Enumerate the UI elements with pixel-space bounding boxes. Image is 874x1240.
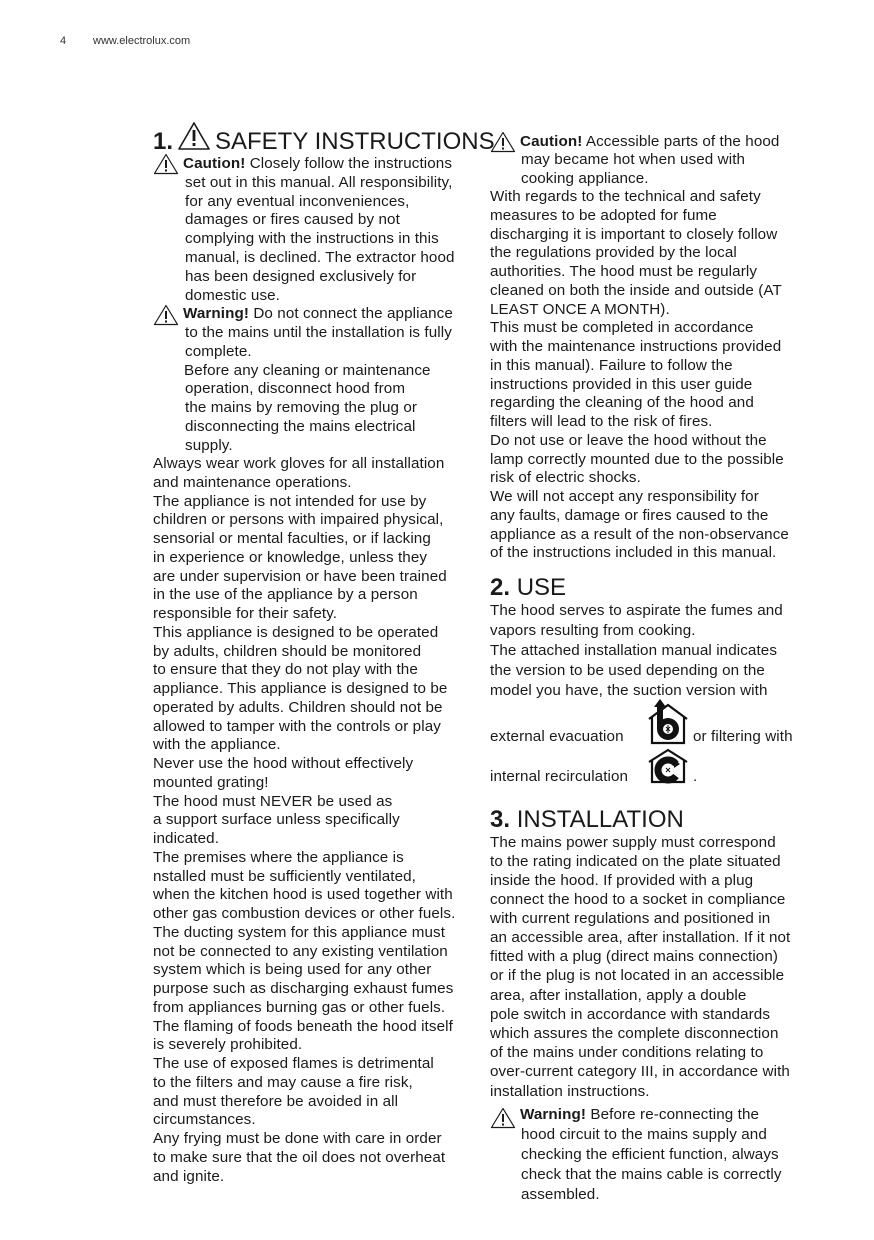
text-line: The mains power supply must correspond [490,833,776,852]
warning-label: Warning! [520,1106,586,1123]
text-line: to the mains until the installation is f… [185,323,452,342]
section-number: 3. [490,806,510,833]
text-line: cooking appliance. [521,169,649,188]
section-number: 2. [490,574,510,601]
text-line: The hood serves to aspirate the fumes an… [490,601,783,620]
filtering-label: or filtering with [693,727,793,746]
text-line: nstalled must be sufficiently ventilated… [153,867,416,886]
text-line: Any frying must be done with care in ord… [153,1129,442,1148]
text-line: installation instructions. [490,1082,650,1101]
text-line: check that the mains cable is correctly [521,1165,782,1184]
text-line: complete. [185,342,252,361]
text-line: responsible for their safety. [153,604,337,623]
text-line: lamp correctly mounted due to the possib… [490,450,784,469]
external-evacuation-label: external evacuation [490,727,624,746]
caution-triangle-icon [153,153,179,175]
warning-block-1: Warning! Do not connect the appliance [183,304,453,323]
text-line: may became hot when used with [521,150,745,169]
text-line: are under supervision or have been train… [153,567,447,586]
text-line: Never use the hood without effectively [153,754,413,773]
text-line: allowed to tamper with the controls or p… [153,717,441,736]
internal-recirculation-label: internal recirculation [490,767,628,786]
text-line: and maintenance operations. [153,473,352,492]
text-line: Do not connect the appliance [249,305,453,322]
header-url: www.electrolux.com [93,35,190,47]
text-line: Closely follow the instructions [245,155,452,172]
text-line: The ducting system for this appliance mu… [153,923,445,942]
text-line: a support surface unless specifically [153,810,400,829]
text-line: the regulations provided by the local [490,243,737,262]
text-line: and ignite. [153,1167,224,1186]
period: . [693,767,697,786]
text-line: checking the efficient function, always [521,1145,779,1164]
text-line: disconnecting the mains electrical [185,417,416,436]
text-line: We will not accept any responsibility fo… [490,487,759,506]
text-line: fitted with a plug (direct mains connect… [490,947,778,966]
text-line: in the use of the appliance by a person [153,585,418,604]
text-line: to the rating indicated on the plate sit… [490,852,781,871]
section-title: SAFETY INSTRUCTIONS [215,128,495,156]
text-line: The premises where the appliance is [153,848,404,867]
text-line: risk of electric shocks. [490,468,641,487]
text-line: vapors resulting from cooking. [490,621,696,640]
text-line: is severely prohibited. [153,1035,302,1054]
section-installation-heading: 3. INSTALLATION [490,806,684,834]
text-line: authorities. The hood must be regularly [490,262,757,281]
internal-recirculation-icon [646,748,690,784]
text-line: damages or fires caused by not [185,210,400,229]
text-line: The use of exposed flames is detrimental [153,1054,434,1073]
page-number: 4 [60,35,66,47]
text-line: to make sure that the oil does not overh… [153,1148,445,1167]
text-line: in this manual). Failure to follow the [490,356,733,375]
section-title: INSTALLATION [517,806,684,833]
text-line: mounted grating! [153,773,269,792]
text-line: Before any cleaning or maintenance [184,361,431,380]
text-line: The hood must NEVER be used as [153,792,392,811]
text-line: supply. [185,436,233,455]
text-line: the version to be used depending on the [490,661,765,680]
text-line: of the instructions included in this man… [490,543,776,562]
text-line: to ensure that they do not play with the [153,660,418,679]
text-line: assembled. [521,1185,600,1204]
text-line: which assures the complete disconnection [490,1024,779,1043]
section-number: 1. [153,128,173,155]
text-line: area, after installation, apply a double [490,986,746,1005]
text-line: operation, disconnect hood from [185,379,405,398]
text-line: This appliance is designed to be operate… [153,623,438,642]
text-line: of the mains under conditions relating t… [490,1043,763,1062]
warning-label: Warning! [183,305,249,322]
text-line: With regards to the technical and safety [490,187,761,206]
text-line: cleaned on both the inside and outside (… [490,281,782,300]
caution-block-1: Caution! Closely follow the instructions [183,154,452,173]
warning-block-installation: Warning! Before re-connecting the [520,1105,759,1124]
caution-label: Caution! [183,155,245,172]
warning-triangle-icon [153,304,179,326]
text-line: indicated. [153,829,219,848]
text-line: circumstances. [153,1110,256,1129]
text-line: model you have, the suction version with [490,681,768,700]
text-line: operated by adults. Children should not … [153,698,443,717]
text-line: regarding the cleaning of the hood and [490,393,754,412]
text-line: connect the hood to a socket in complian… [490,890,785,909]
text-line: purpose such as discharging exhaust fume… [153,979,453,998]
text-line: Before re-connecting the [586,1106,759,1123]
text-line: by adults, children should be monitored [153,642,421,661]
text-line: complying with the instructions in this [185,229,439,248]
text-line: an accessible area, after installation. … [490,928,790,947]
text-line: Always wear work gloves for all installa… [153,454,444,473]
text-line: over-current category III, in accordance… [490,1062,790,1081]
text-line: for any eventual inconveniences, [185,192,409,211]
text-line: appliance. This appliance is designed to… [153,679,447,698]
text-line: Do not use or leave the hood without the [490,431,767,450]
text-line: and must therefore be avoided in all [153,1092,398,1111]
text-line: sensorial or mental faculties, or if lac… [153,529,431,548]
text-line: any faults, damage or fires caused to th… [490,506,768,525]
text-line: system which is being used for any other [153,960,431,979]
text-line: This must be completed in accordance [490,318,754,337]
text-line: measures to be adopted for fume [490,206,717,225]
text-line: hood circuit to the mains supply and [521,1125,767,1144]
text-line: the mains by removing the plug or [185,398,417,417]
text-line: with the appliance. [153,735,281,754]
text-line: discharging it is important to closely f… [490,225,777,244]
text-line: with current regulations and positioned … [490,909,770,928]
section-title: USE [517,574,566,601]
text-line: set out in this manual. All responsibili… [185,173,452,192]
text-line: inside the hood. If provided with a plug [490,871,753,890]
text-line: in experience or knowledge, unless they [153,548,427,567]
caution-block-2: Caution! Accessible parts of the hood [520,132,779,151]
warning-triangle-icon [177,121,211,151]
text-line: LEAST ONCE A MONTH). [490,300,670,319]
text-line: domestic use. [185,286,280,305]
section-use-heading: 2. USE [490,574,566,602]
text-line: The appliance is not intended for use by [153,492,426,511]
text-line: other gas combustion devices or other fu… [153,904,455,923]
text-line: children or persons with impaired physic… [153,510,443,529]
text-line: or if the plug is not located in an acce… [490,966,784,985]
text-line: with the maintenance instructions provid… [490,337,781,356]
caution-triangle-icon [490,131,516,153]
text-line: The flaming of foods beneath the hood it… [153,1017,453,1036]
text-line: Accessible parts of the hood [582,133,779,150]
text-line: filters will lead to the risk of fires. [490,412,713,431]
text-line: instructions provided in this user guide [490,375,752,394]
external-evacuation-icon [646,699,690,745]
text-line: has been designed exclusively for [185,267,416,286]
text-line: appliance as a result of the non-observa… [490,525,789,544]
warning-triangle-icon [490,1107,516,1129]
text-line: to the filters and may cause a fire risk… [153,1073,413,1092]
text-line: not be connected to any existing ventila… [153,942,448,961]
text-line: The attached installation manual indicat… [490,641,777,660]
text-line: manual, is declined. The extractor hood [185,248,455,267]
text-line: pole switch in accordance with standards [490,1005,770,1024]
caution-label: Caution! [520,133,582,150]
text-line: when the kitchen hood is used together w… [153,885,453,904]
text-line: from appliances burning gas or other fue… [153,998,445,1017]
